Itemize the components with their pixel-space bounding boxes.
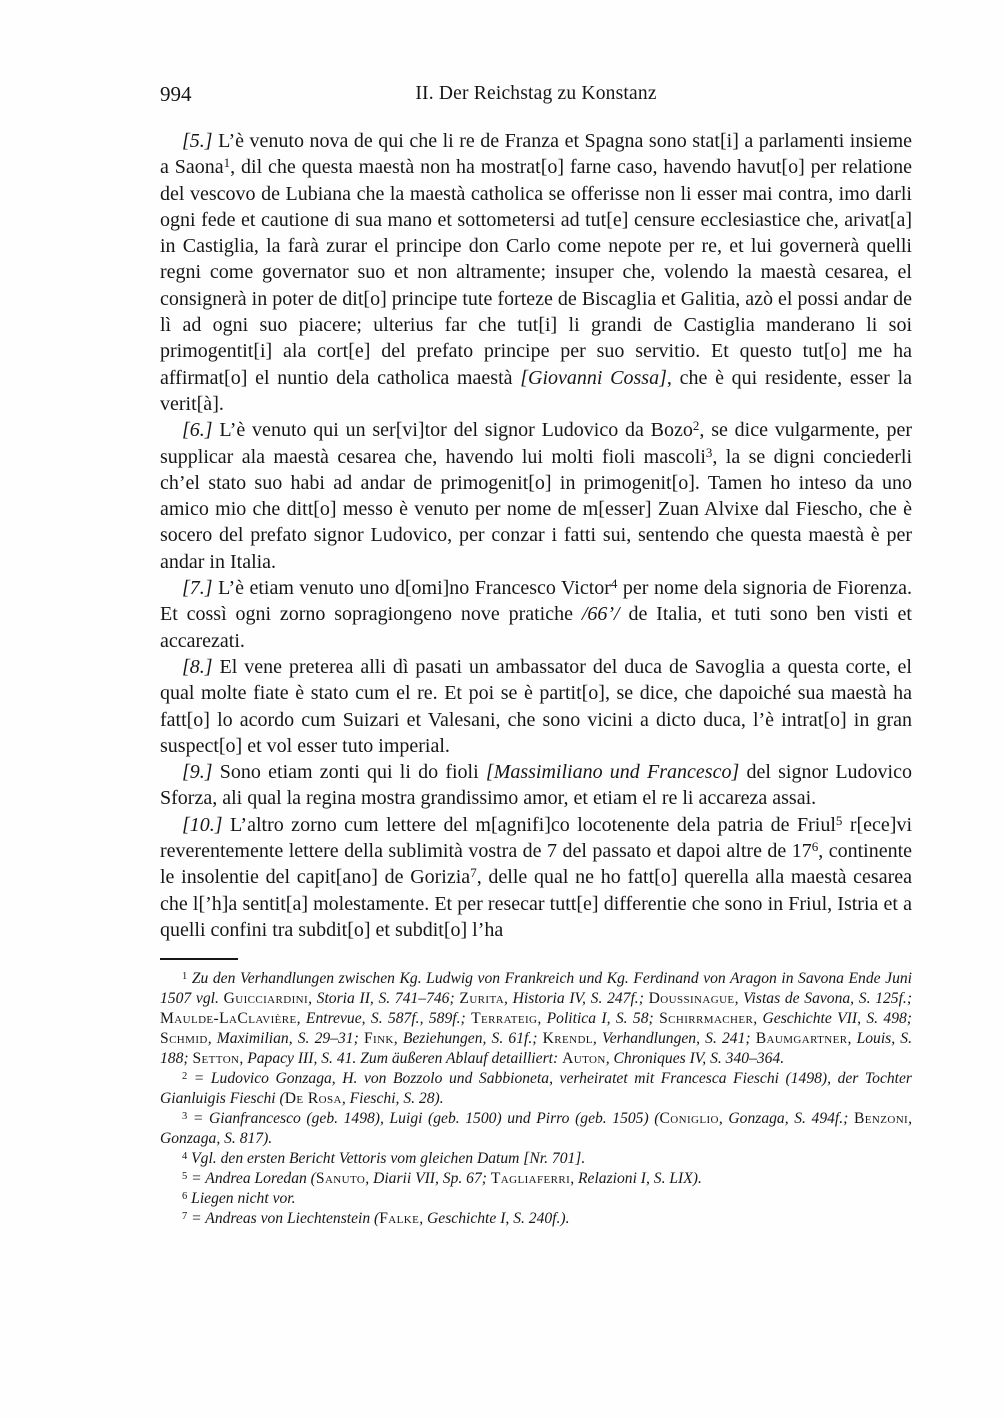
footnote-3: 3 = Gianfrancesco (geb. 1498), Luigi (ge… [160,1109,912,1149]
footnote-6: 6 Liegen nicht vor. [160,1189,912,1209]
page-header: 994 II. Der Reichstag zu Konstanz [160,82,912,108]
paragraph-10: [10.] L’altro zorno cum lettere del m[ag… [160,812,912,943]
footnote-5: 5 = Andrea Loredan (Sanuto, Diarii VII, … [160,1169,912,1189]
paragraph-8: [8.] El vene preterea alli dì pasati un … [160,654,912,759]
footnote-2: 2 = Ludovico Gonzaga, H. von Bozzolo und… [160,1069,912,1109]
paragraph-6: [6.] L’è venuto qui un ser[vi]tor del si… [160,417,912,575]
page-content: 994 II. Der Reichstag zu Konstanz [5.] L… [160,82,912,1229]
paragraph-7: [7.] L’è etiam venuto uno d[omi]no Franc… [160,575,912,654]
paragraph-9: [9.] Sono etiam zonti qui li do fioli [M… [160,759,912,812]
footnote-separator-rule [160,958,238,960]
running-header: II. Der Reichstag zu Konstanz [160,83,912,105]
footnote-1: 1 Zu den Verhandlungen zwischen Kg. Ludw… [160,969,912,1069]
main-text: [5.] L’è venuto nova de qui che li re de… [160,128,912,943]
footnotes-block: 1 Zu den Verhandlungen zwischen Kg. Ludw… [160,969,912,1229]
paragraph-5: [5.] L’è venuto nova de qui che li re de… [160,128,912,417]
footnote-4: 4 Vgl. den ersten Bericht Vettoris vom g… [160,1149,912,1169]
book-page: { "colors": { "paper": "#fefefe", "ink":… [0,0,1004,1418]
footnote-7: 7 = Andreas von Liechtenstein (Falke, Ge… [160,1209,912,1229]
